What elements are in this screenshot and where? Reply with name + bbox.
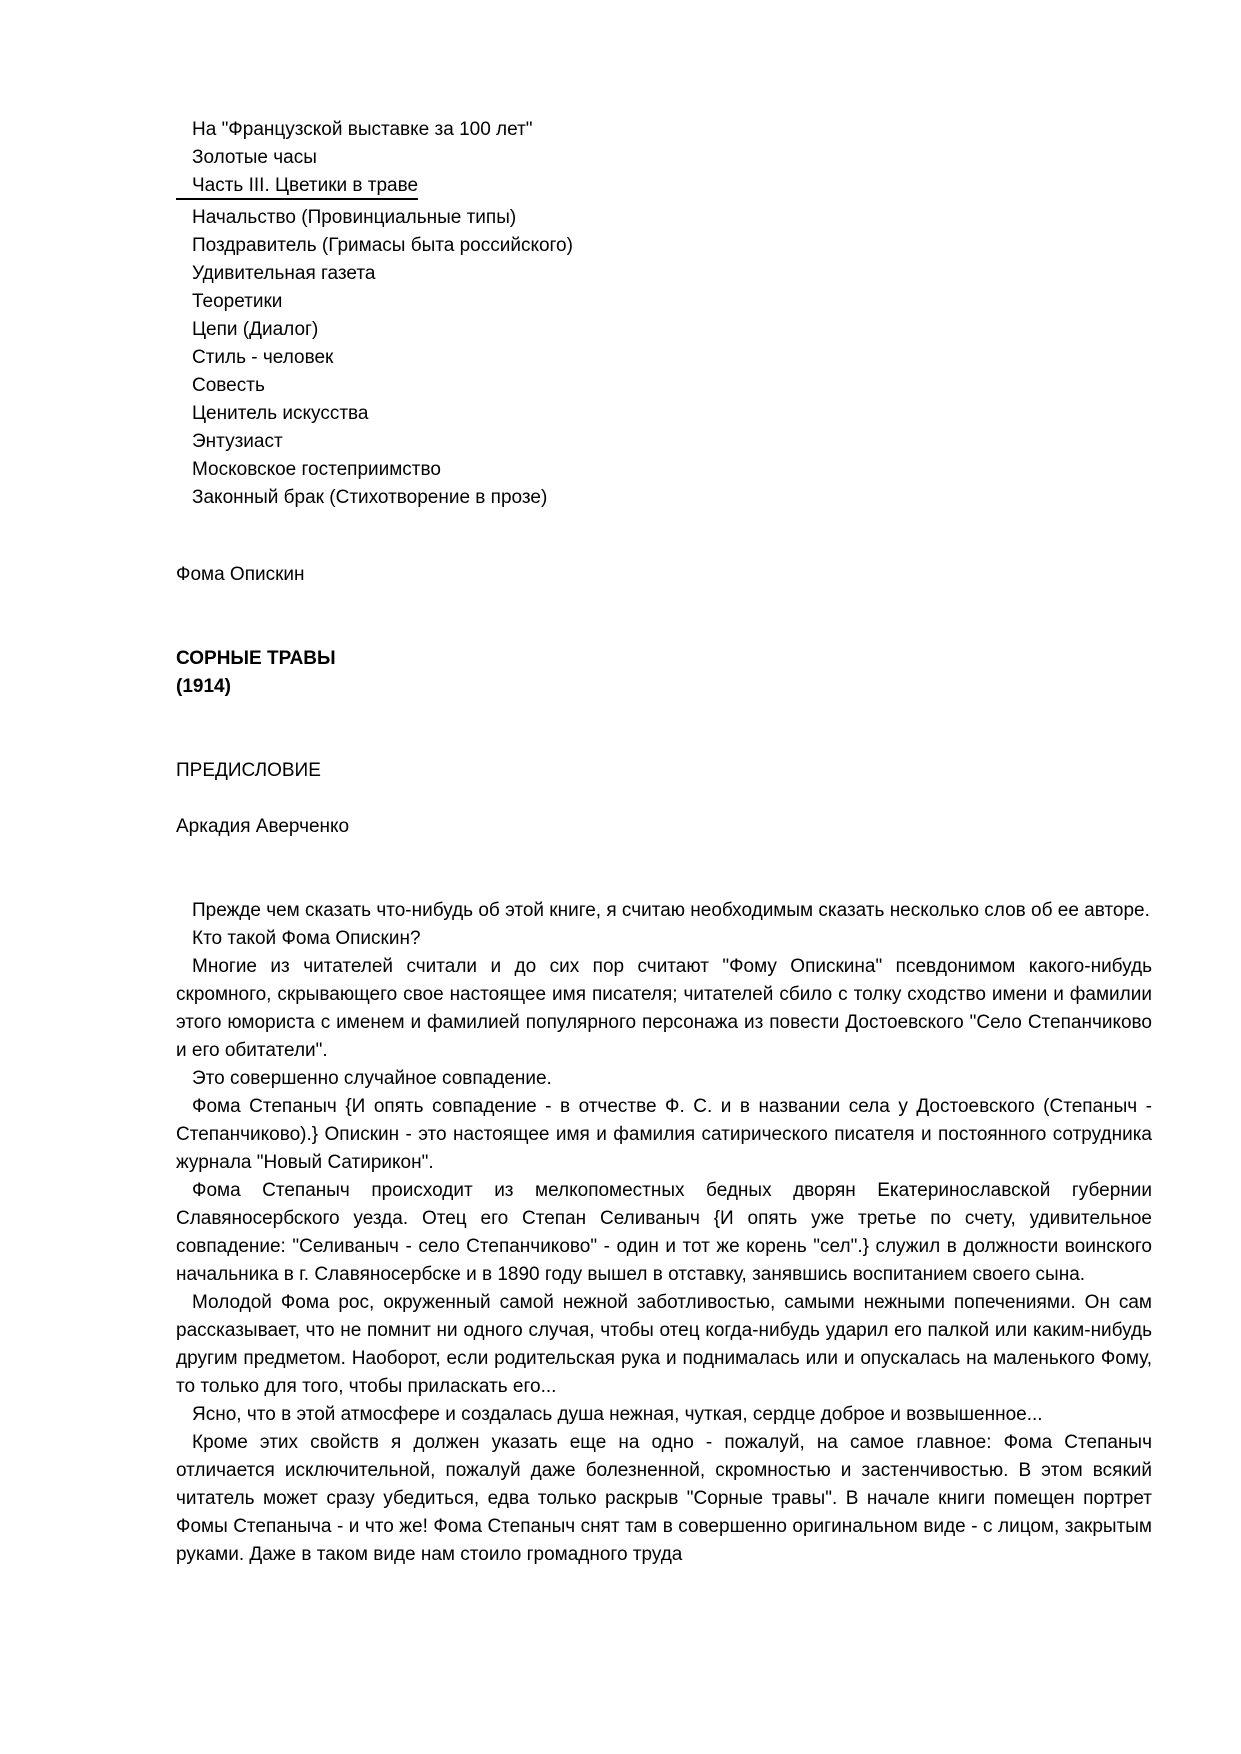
paragraph: Ясно, что в этой атмосфере и создалась д… [176,1401,1152,1429]
paragraph: Фома Степаныч происходит из мелкопоместн… [176,1177,1152,1289]
toc-item[interactable]: Законный брак (Стихотворение в прозе) [176,484,1152,512]
paragraph: Кто такой Фома Опискин? [176,925,1152,953]
toc-part-heading[interactable]: Часть III. Цветики в траве [176,174,418,200]
toc-item[interactable]: Цепи (Диалог) [176,316,1152,344]
paragraph: Кроме этих свойств я должен указать еще … [176,1429,1152,1569]
toc-item[interactable]: Удивительная газета [176,260,1152,288]
toc-item[interactable]: Ценитель искусства [176,400,1152,428]
toc-item[interactable]: На "Французской выставке за 100 лет" [176,116,1152,144]
preface-heading: ПРЕДИСЛОВИЕ [176,757,321,785]
toc-item[interactable]: Энтузиаст [176,428,1152,456]
toc-item[interactable]: Теоретики [176,288,1152,316]
book-title: СОРНЫЕ ТРАВЫ [176,645,336,673]
book-year: (1914) [176,673,336,701]
document-page: На "Французской выставке за 100 лет" Зол… [0,0,1241,1754]
table-of-contents: На "Французской выставке за 100 лет" Зол… [176,116,1152,512]
toc-item[interactable]: Начальство (Провинциальные типы) [176,204,1152,232]
paragraph: Это совершенно случайное совпадение. [176,1065,1152,1093]
book-title-block: СОРНЫЕ ТРАВЫ (1914) [176,645,336,701]
author-name: Фома Опискин [176,561,305,589]
toc-item[interactable]: Московское гостеприимство [176,456,1152,484]
preface-author: Аркадия Аверченко [176,813,349,841]
toc-item[interactable]: Стиль - человек [176,344,1152,372]
paragraph: Молодой Фома рос, окруженный самой нежно… [176,1289,1152,1401]
toc-item[interactable]: Совесть [176,372,1152,400]
paragraph: Прежде чем сказать что-нибудь об этой кн… [176,897,1152,925]
preface-body: Прежде чем сказать что-нибудь об этой кн… [176,897,1152,1569]
toc-item[interactable]: Золотые часы [176,144,1152,172]
paragraph: Фома Степаныч {И опять совпадение - в от… [176,1093,1152,1177]
paragraph: Многие из читателей считали и до сих пор… [176,953,1152,1065]
toc-item[interactable]: Поздравитель (Гримасы быта российского) [176,232,1152,260]
